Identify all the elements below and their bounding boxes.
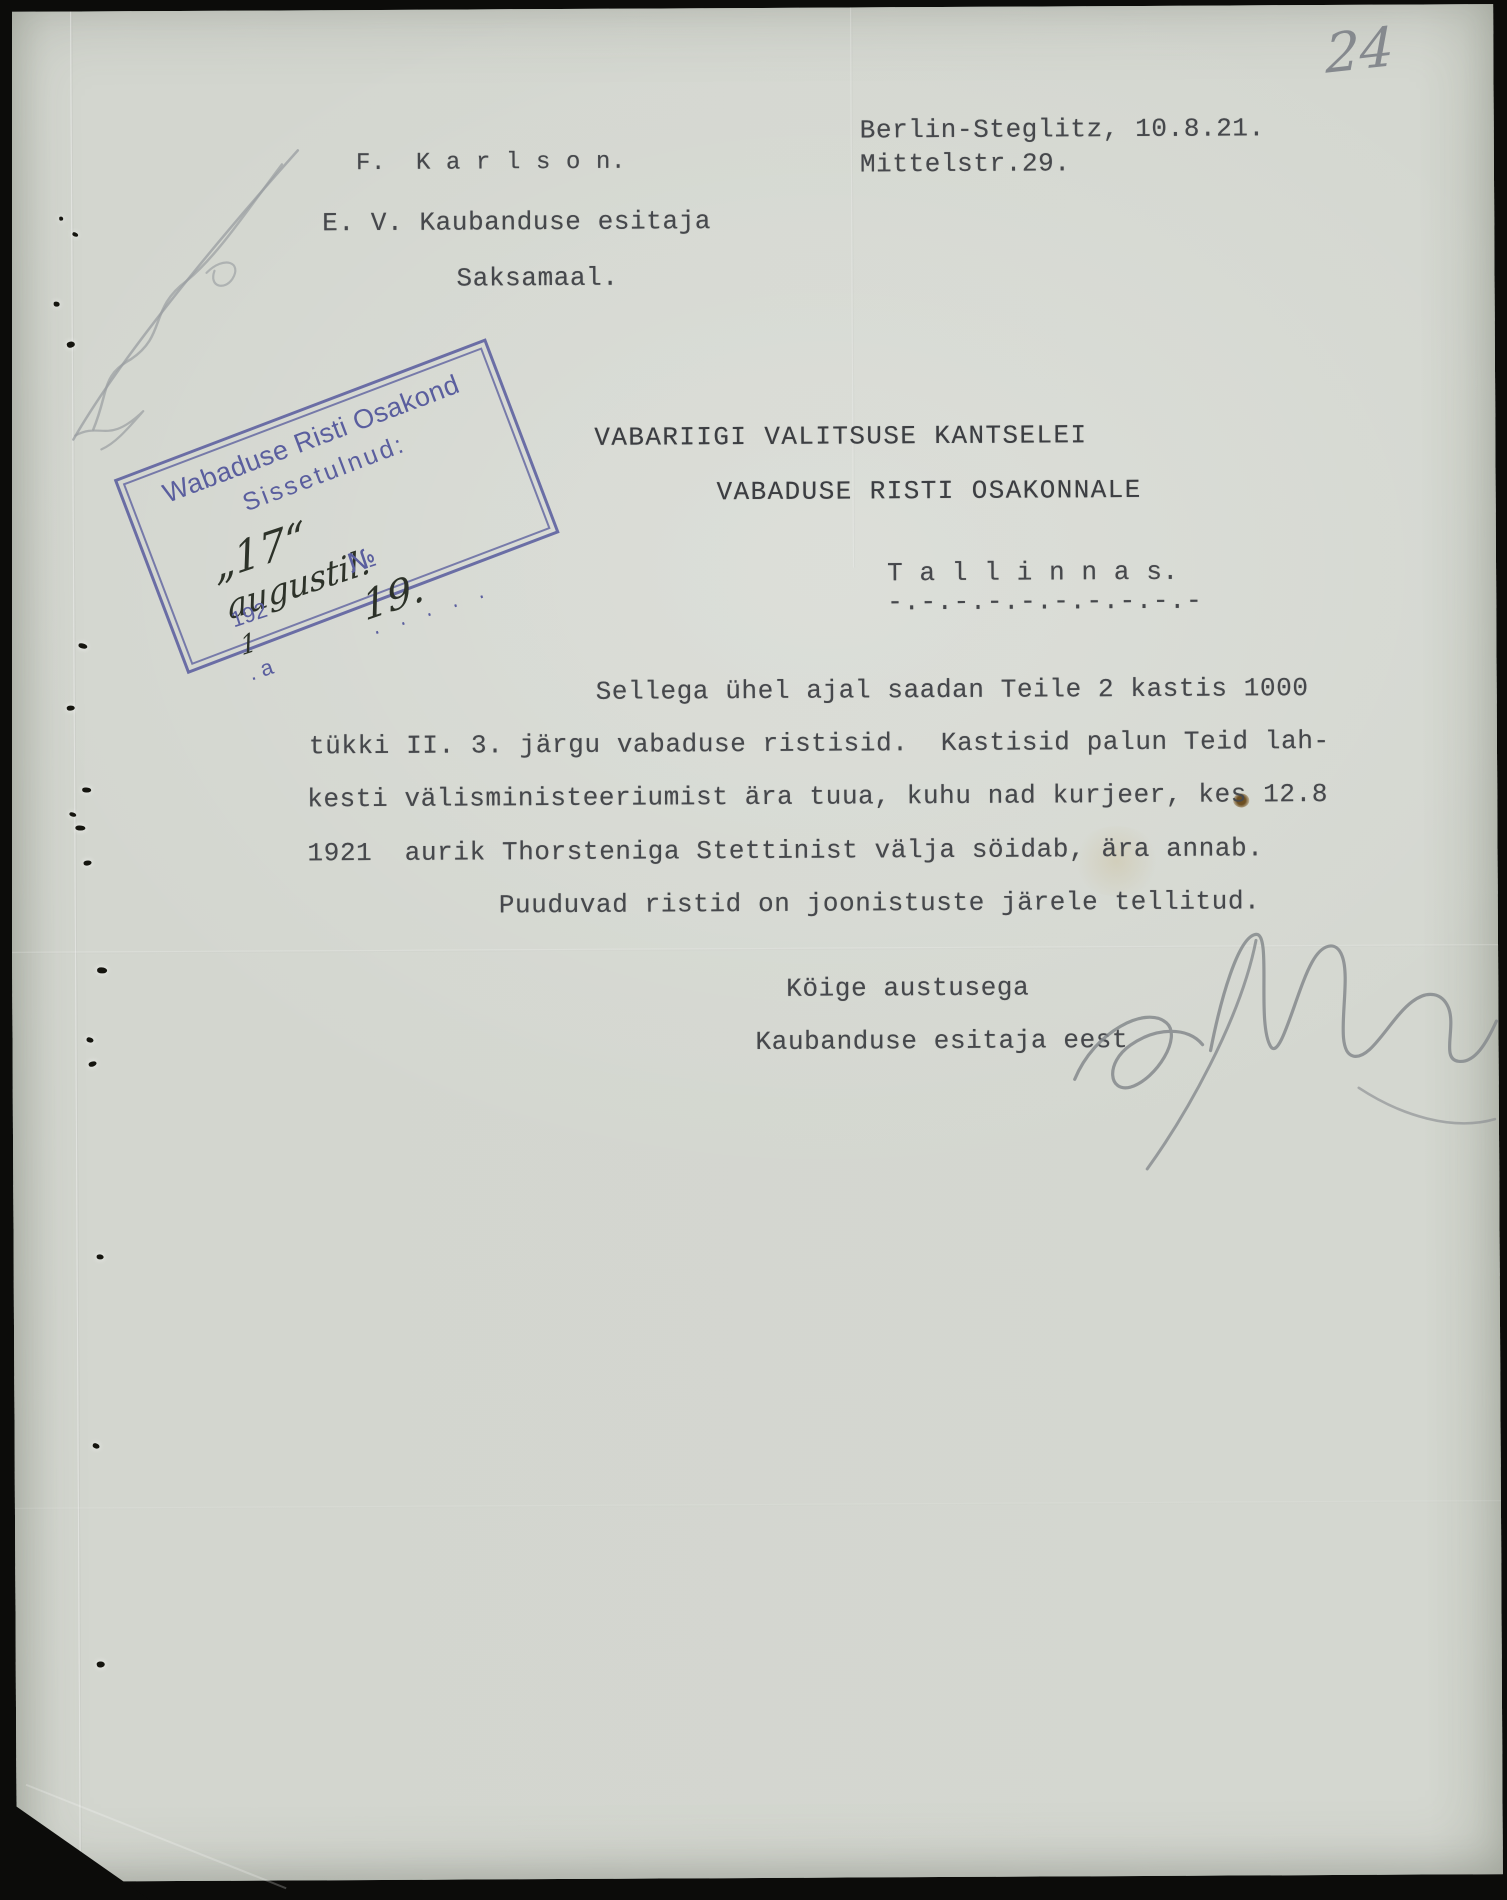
folio-number: 24: [1325, 15, 1394, 86]
lower-fold-crease: [15, 1500, 1501, 1510]
punch-hole: [82, 787, 91, 792]
punch-hole: [96, 1661, 105, 1668]
punch-hole: [97, 967, 107, 973]
pencil-scribble: [56, 122, 328, 453]
recipient-line1: VABARIIGI VALITSUSE KANTSELEI: [594, 420, 1087, 453]
punch-hole: [83, 860, 92, 867]
sender-country: Saksamaal.: [456, 263, 618, 294]
punch-hole: [78, 643, 88, 650]
closing-salutation: Köige austusega: [786, 973, 1029, 1004]
recipient-city-underline: -.-.-.-.-.-.-.-.-.-: [887, 586, 1203, 618]
scanned-letter-document: 24 F. K a r l s o n. E. V. Kaubanduse es…: [0, 0, 1507, 1900]
punch-hole: [97, 1254, 104, 1259]
recipient-line2: VABADUSE RISTI OSAKONNALE: [717, 475, 1142, 507]
body-line: Sellega ühel ajal saadan Teile 2 kastis …: [596, 673, 1309, 707]
recipient-city: T a l l i n n a s.: [887, 557, 1179, 589]
body-line: 1921 aurik Thorsteniga Stettinist välja …: [307, 833, 1263, 868]
body-line: tükki II. 3. järgu vabaduse ristisid. Ka…: [309, 726, 1330, 761]
dateline-street: Mittelstr.29.: [860, 148, 1071, 179]
punch-hole: [92, 1443, 100, 1450]
scan-edge-strip: [0, 0, 12, 1900]
sender-name: F. K a r l s o n.: [356, 149, 626, 177]
punch-hole: [88, 1060, 97, 1067]
signature-scrawl: [1060, 909, 1501, 1181]
letter-page: 24 F. K a r l s o n. E. V. Kaubanduse es…: [7, 4, 1503, 1882]
sender-role: E. V. Kaubanduse esitaja: [322, 206, 711, 238]
dateline-place-date: Berlin-Steglitz, 10.8.21.: [860, 113, 1265, 145]
punch-hole: [75, 826, 85, 831]
body-line: kesti välisministeeriumist ära tuua, kuh…: [307, 779, 1328, 814]
punch-hole: [86, 1037, 94, 1043]
